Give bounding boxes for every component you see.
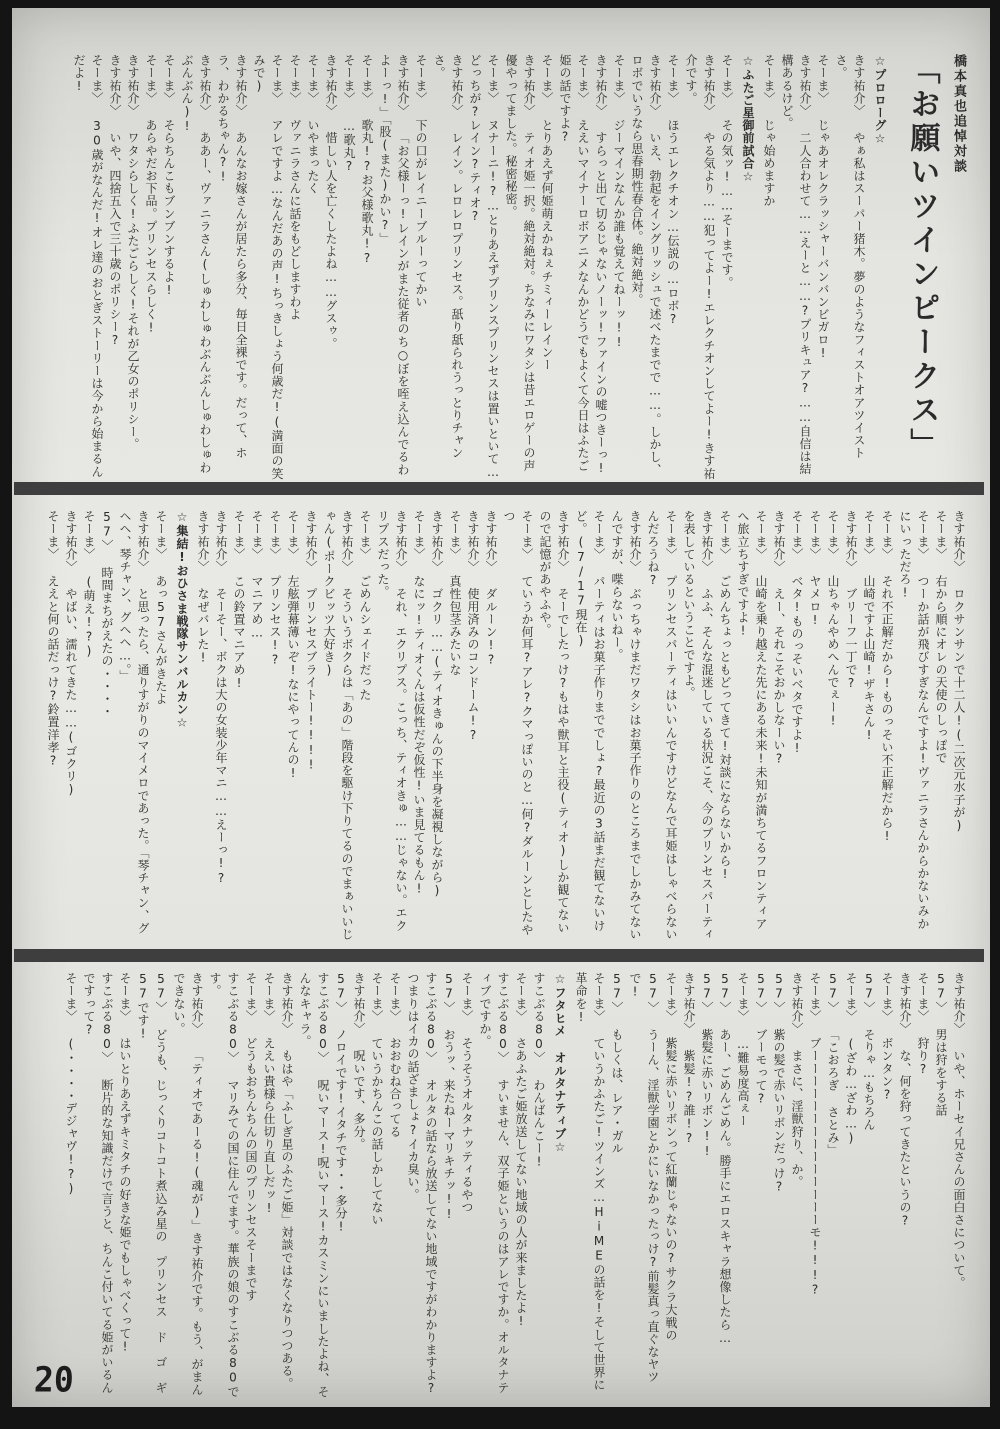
dialogue-line: きす祐介〉 と思ったら、通りすがりのマイメロであった。「琴チャン、グヘヘ、琴チャ… xyxy=(116,510,152,942)
dialogue-line: きす祐介〉 ダルーン!? xyxy=(482,510,500,942)
dialogue-line: そーま〉 山ちゃんやめへんでぇー! xyxy=(824,510,842,942)
dialogue-line: そーま〉 じゃあオレクラッシャーバンバンビガロ! xyxy=(814,54,832,484)
section-heading: ☆プロローグ☆ xyxy=(871,54,889,484)
dialogue-line: そーま〉 ヤメロ! xyxy=(806,510,824,942)
dialogue-line: そーま〉 マニアめ… xyxy=(248,510,266,942)
dialogue-line: きす祐介〉 ぶっちゃけまだワタシはお菓子作りのところまでしかみてないんですが、喋… xyxy=(608,510,644,942)
dialogue-line: 57〉 ブーモって? xyxy=(752,972,770,1402)
dialogue-line: きす祐介〉 そーでしたっけ?もはや獣耳と主役(ティオ)しか観てないので記憶があや… xyxy=(536,510,572,942)
dialogue-line: きす祐介〉 いや、四捨五入で三十歳のポリシー? xyxy=(106,54,124,484)
paper: 橋本真也追悼対談 「お願いツインピークス」 ☆プロローグ☆きす祐介〉 やぁ私はス… xyxy=(12,8,990,1407)
dialogue-line: そーま〉 左舷弾幕薄いぞ!なにやってんの! xyxy=(284,510,302,942)
middle-band: きす祐介〉 ロクサンサンで十二人!(二次元水子が)そーま〉 右から順にオレの天使… xyxy=(44,510,968,942)
dialogue-line: そーま〉 はいとりあえずキミタチの好きな姫でもしゃべくって! xyxy=(116,972,134,1402)
dialogue-line: きす祐介〉 それ、エクリプス。こっち、ティオきゅ……じゃない。エクリプスだった。 xyxy=(374,510,410,942)
dialogue-line: きす祐介〉 呪いです、多分。 xyxy=(350,972,368,1402)
dialogue-line: きす祐介〉 なぜバレた! xyxy=(194,510,212,942)
scanned-doujinshi-page: 橋本真也追悼対談 「お願いツインピークス」 ☆プロローグ☆きす祐介〉 やぁ私はス… xyxy=(0,0,1000,1429)
dialogue-line: すこぶる80〉 呪いマース!呪いマース!カスミンにいましたよね、そんなキャラ。 xyxy=(296,972,332,1402)
dialogue-line: そーま〉 (萌え!?) xyxy=(80,510,98,942)
dialogue-line: きす祐介〉 使用済みのコンドーム!? xyxy=(464,510,482,942)
dialogue-line: そーま〉 じゃ始めますか xyxy=(760,54,778,484)
dialogue-line: すこぶる80〉 断片的な知識だけで言うと、ちんこ付いてる姫がいるんですって? xyxy=(80,972,116,1402)
dialogue-line: きす祐介〉 ふふ、そんな混迷している状況こそ、今のプリンセスパーティを表している… xyxy=(680,510,716,942)
dialogue-line: きす祐介〉 レイン。レロレロプリンセス。舐り舐られうっとりチャンさ。 xyxy=(430,54,466,484)
section-heading: ☆フタヒメ オルタナティブ☆ xyxy=(551,972,569,1402)
dialogue-line: きす祐介〉 もはや「ふしぎ星のふたご姫」対談ではなくなりつつある。 xyxy=(278,972,296,1402)
top-band: 橋本真也追悼対談 「お願いツインピークス」 ☆プロローグ☆きす祐介〉 やぁ私はス… xyxy=(70,54,968,484)
page-number: 20 xyxy=(33,1359,74,1400)
dialogue-line: きす祐介〉 えー、それこそおかしなーい? xyxy=(770,510,788,942)
dialogue-line: きす祐介〉 二人合わせて……えーと……?プリキュア?……自信は結構あるけど。 xyxy=(778,54,814,484)
dialogue-line: きす祐介〉 やぁ私はスーパー猪木。夢のようなフィストオアツイストさ。 xyxy=(832,54,868,484)
section-divider-bar xyxy=(14,949,984,962)
dialogue-line: そーま〉 ええいマイナーロボアニメなんかどうでもよくて今日はふたご姫の話ですよ? xyxy=(556,54,592,484)
dialogue-line: 57〉 紫髪に赤いリボン!! xyxy=(698,972,716,1402)
dialogue-line: きす祐介〉 ああー、ヴァニラさん(しゅわしゅわぶんぶんしゅわしゅわぶんぶん)! xyxy=(178,54,214,484)
dialogue-line: きす祐介〉 な、何を狩ってきたというの? xyxy=(896,972,914,1402)
dialogue-line: そーま〉 30歳がなんだ!オレ達のおとぎストーリーは今から始まるんだよ! xyxy=(70,54,106,484)
dialogue-line: 57〉 時間まちがえたの・・・・ xyxy=(98,510,116,942)
dialogue-line: きす祐介〉 あんなお嫁さんが居たら多分、毎日全裸です。だって、ホラ、わかるちゃん… xyxy=(214,54,250,484)
dialogue-line: そーま〉 どうもおちんちんの国のプリンセスそーまです xyxy=(242,972,260,1402)
dialogue-line: きす祐介〉 「お父様ーっ!レインがまた従者のち○ぼを咥え込んでるわよーっ!」「股… xyxy=(376,54,412,484)
dialogue-line: そーま〉 ごめんちょっともどってきて!対談にならないから! xyxy=(716,510,734,942)
dialogue-line: そーま〉 パーティはお菓子作りまででしょ?最近の3話まだ観てないけど。(7/17… xyxy=(572,510,608,942)
dialogue-line: そーま〉 山崎を乗り越えた先にある未来!未知が満ちてるフロンティアへ旅立ちすぎで… xyxy=(734,510,770,942)
bottom-band-lines: きす祐介〉 いや、ホーセイ兄さんの面白さについて。57〉 男は狩をする話そーま〉… xyxy=(62,972,968,1402)
dialogue-line: そーま〉 ほうエレクチオン…伝説の…ロボ? xyxy=(664,54,682,484)
dialogue-line: そーま〉 下の口がレイニーブルーってかい xyxy=(412,54,430,484)
dialogue-line: きす祐介〉 すらっと出て切るじゃないノーッ!ファインの嘘つきーっ! xyxy=(592,54,610,484)
dialogue-line: きす祐介〉 ティオ姫一択。絶対絶対。ちなみにワタシは昔エロゲーの声優やってました… xyxy=(502,54,538,484)
dialogue-line: そーま〉 この鈴置マニアめ! xyxy=(230,510,248,942)
dialogue-line: そーま〉 ええと何の話だっけ?鈴置洋孝? xyxy=(44,510,62,942)
dialogue-line: そーま〉 ていうか何耳?アレ?クマっぽいのと…何?ダルーンとしたやつ xyxy=(500,510,536,942)
dialogue-line: そーま〉 アレですよ…なんだあの声!ちっきしょう何歳だ!(満面の笑みで) xyxy=(250,54,286,484)
dialogue-line: きす祐介〉 紫髪!?誰!? xyxy=(680,972,698,1402)
dialogue-line: そーま〉 その気ッ!……そーまです。 xyxy=(718,54,736,484)
dialogue-line: そーま〉 ブーーーーーーーーーーーーーーモ!!!? xyxy=(806,972,824,1402)
dialogue-line: 57〉 「こおろぎ さとみ」 xyxy=(824,972,842,1402)
section-divider-bar xyxy=(14,482,984,495)
dialogue-line: そーま〉 ごめんシェイドだった xyxy=(356,510,374,942)
dialogue-line: きす祐介〉 ブリーフ一丁で? xyxy=(842,510,860,942)
dialogue-line: そーま〉 紫髪に赤いリボンって紅蘭じゃないの?サクラ大戦の xyxy=(662,972,680,1402)
dialogue-line: すこぶる80〉 すいません、双子姫というのはアレですか。オルタナティブですか。 xyxy=(476,972,512,1402)
bottom-band: きす祐介〉 いや、ホーセイ兄さんの面白さについて。57〉 男は狩をする話そーま〉… xyxy=(62,972,968,1402)
dialogue-line: そーま〉 つーか話が飛びすぎなんですよ!ヴァニラさんからかないみかにいっただろ! xyxy=(896,510,932,942)
dialogue-line: そーま〉 ベタ!ものっそいベタですよ! xyxy=(788,510,806,942)
dialogue-line: 57〉 もしくは、レア・ガル xyxy=(608,972,626,1402)
dialogue-line: 57〉 男は狩をする話 xyxy=(932,972,950,1402)
interview-subtitle: 橋本真也追悼対談 xyxy=(949,54,969,484)
dialogue-line: そーま〉 ボンタン? xyxy=(878,972,896,1402)
dialogue-line: そーま〉 …難易度高ぇー xyxy=(734,972,752,1402)
section-heading: ☆集結!おひさま戦隊サンバルカン☆ xyxy=(173,510,191,942)
dialogue-line: すこぶる80〉 オルタの話なら放送してない地域ですがわかりますよ?つまりはイカの… xyxy=(404,972,440,1402)
dialogue-line: きす祐介〉 やばい、濡れてきた……(ゴクリ) xyxy=(62,510,80,942)
dialogue-line: すこぶる80〉 わんばんこー! xyxy=(530,972,548,1402)
dialogue-line: きす祐介〉 そういうボクらは「あの」階段を駆け下りてるのでまぁいいじゃん(ポーク… xyxy=(320,510,356,942)
dialogue-line: きす祐介〉 そーそー、ボクは大の女装少年マニ……えーっ!? xyxy=(212,510,230,942)
dialogue-line: きす祐介〉 「ティオであーる!(魂が)」きす祐介です。もう、がまんできない。 xyxy=(170,972,206,1402)
dialogue-line: 57〉 おうッ、来たねーマリキチッ!! xyxy=(440,972,458,1402)
dialogue-line: きす祐介〉 やる気より……犯ってよー!エレクチオンしてよー!きす祐介です。 xyxy=(682,54,718,484)
dialogue-line: そーま〉 いやまったく xyxy=(304,54,322,484)
dialogue-line: きす祐介〉 ロクサンサンで十二人!(二次元水子が) xyxy=(950,510,968,942)
dialogue-line: そーま〉 ていうかちんこの話しかしてない xyxy=(368,972,386,1402)
dialogue-line: そーま〉 そらちんこもブンブンするよ! xyxy=(160,54,178,484)
dialogue-line: そーま〉 真性包茎みたいな xyxy=(446,510,464,942)
dialogue-line: そーま〉 おおむね合ってる xyxy=(386,972,404,1402)
dialogue-line: そーま〉 山崎ですよ山崎!ザキさん! xyxy=(860,510,878,942)
dialogue-line: そーま〉 ていうかふたご!ツインズ…HiMEの話を!そして世界に革命を! xyxy=(572,972,608,1402)
dialogue-line: 57〉 あー、ごめんごめん。勝手にエロスキャラ想像したら… xyxy=(716,972,734,1402)
dialogue-line: そーま〉 ヴァニラさんに話をもどしますわよ xyxy=(286,54,304,484)
dialogue-line: きす祐介〉 ゴクリ……(ティオきゅんの下半身を凝視しながら) xyxy=(428,510,446,942)
dialogue-line: そーま〉 右から順にオレの天使のしっぽで xyxy=(932,510,950,942)
dialogue-line: そーま〉 あっ57さんがきたよ xyxy=(152,510,170,942)
dialogue-line: そーま〉 (ざわ…ざわ…) xyxy=(842,972,860,1402)
dialogue-line: そーま〉 なにッ!ティオくんは仮性だぞ仮性!いま見てるもん! xyxy=(410,510,428,942)
dialogue-line: 57〉 ノロイです!イタチです・・多分! xyxy=(332,972,350,1402)
dialogue-line: きす祐介〉 いや、ホーセイ兄さんの面白さについて。 xyxy=(950,972,968,1402)
dialogue-line: 57〉 うーん、淫獣学園とかにいなかったっけ?前髪真っ直ぐなヤツで! xyxy=(626,972,662,1402)
dialogue-line: そーま〉 (・・・・デジャヴ!?) xyxy=(62,972,80,1402)
dialogue-line: きす祐介〉 ワタシらしく!ふたごらしく!それが乙女のポリシー。 xyxy=(124,54,142,484)
dialogue-line: きす祐介〉 いえ、勃起をイングリッシュで述べたまでで……。しかし、ロボでいうなら… xyxy=(628,54,664,484)
dialogue-line: すこぶる80〉 マリみての国に住んでます。華族の娘のすこぶる80です。 xyxy=(206,972,242,1402)
dialogue-line: そーま〉 さあふたご姫放送してない地域の人が来ましたよ! xyxy=(512,972,530,1402)
dialogue-line: きす祐介〉 まさに、淫獣狩り、か。 xyxy=(788,972,806,1402)
dialogue-line: そーま〉 プリンセスパーティはいいんですけどなんで耳姫はしゃべらないんだろうね? xyxy=(644,510,680,942)
top-band-lines: ☆プロローグ☆きす祐介〉 やぁ私はスーパー猪木。夢のようなフィストオアツイストさ… xyxy=(70,54,889,484)
dialogue-line: そーま〉 それ不正解だから!ものっそい不正解だから! xyxy=(878,510,896,942)
section-heading: ☆ふたご星御前試合☆ xyxy=(739,54,757,484)
dialogue-line: そーま〉 狩り? xyxy=(914,972,932,1402)
dialogue-line: そーま〉 とりあえず何姫萌えかねぇチミィーレインー xyxy=(538,54,556,484)
dialogue-line: そーま〉 歌丸!?お父様歌丸!? xyxy=(358,54,376,484)
dialogue-line: そーま〉 ええい貴様ら仕切り直しだッ! xyxy=(260,972,278,1402)
dialogue-line: そーま〉 そうそうオルタナッティるやつ xyxy=(458,972,476,1402)
dialogue-line: きす祐介〉 惜しい人を亡くしたよね……グスゥ。 xyxy=(322,54,340,484)
page-title: 「お願いツインピークス」 xyxy=(900,54,944,484)
dialogue-line: 57〉 そりゃ…もちろん xyxy=(860,972,878,1402)
dialogue-line: 57〉 紫の髪で赤いリボンだっけ? xyxy=(770,972,788,1402)
dialogue-line: そーま〉 ジーマインなんか誰も覚えてねーッ!! xyxy=(610,54,628,484)
middle-band-lines: きす祐介〉 ロクサンサンで十二人!(二次元水子が)そーま〉 右から順にオレの天使… xyxy=(44,510,968,942)
dialogue-line: そーま〉 …歌丸? xyxy=(340,54,358,484)
dialogue-line: 57〉 どうも、じっくりコトコト煮込み星の プリンセス ド ゴ ギ 57です! xyxy=(134,972,170,1402)
dialogue-line: そーま〉 あらやだお下品。プリンセスらしく! xyxy=(142,54,160,484)
dialogue-line: きす祐介〉 プリンセスブライトー!!!! xyxy=(302,510,320,942)
dialogue-line: そーま〉 ヌナーニ!?…とりあえずプリンスプリンセスは置いといて…どっちが?レイ… xyxy=(466,54,502,484)
dialogue-line: そーま〉 プリンセス!? xyxy=(266,510,284,942)
